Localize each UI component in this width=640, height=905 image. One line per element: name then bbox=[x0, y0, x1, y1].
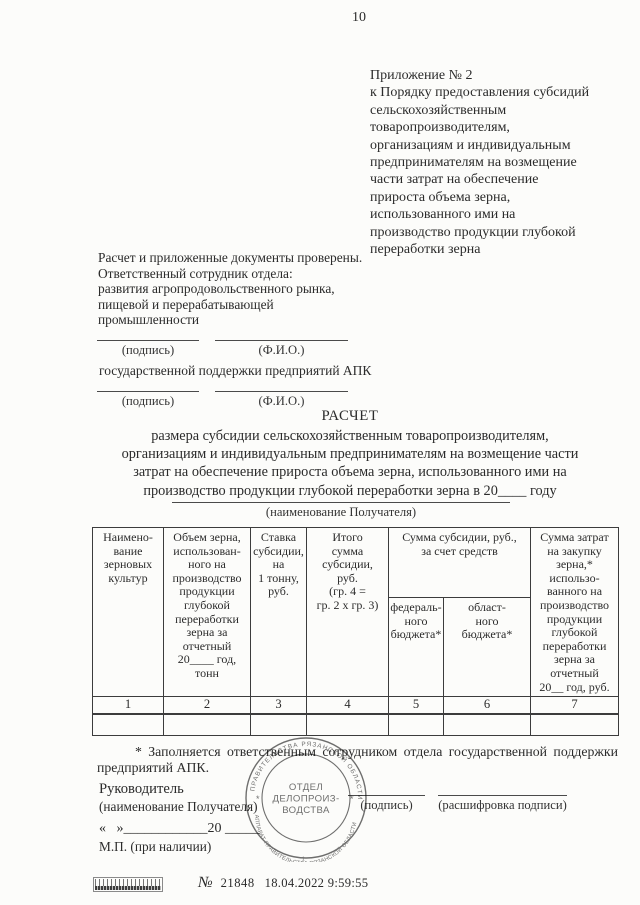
calc-title: РАСЧЕТ bbox=[60, 408, 640, 425]
signature-line-podpis-1 bbox=[97, 340, 199, 341]
director-transcript-label: (расшифровка подписи) bbox=[428, 798, 577, 813]
empty-data-row bbox=[93, 714, 619, 736]
signature-label-podpis-1: (подпись) bbox=[97, 343, 199, 358]
stamp-star-left: * bbox=[256, 794, 260, 804]
svg-text:ДЕЛОПРОИЗ-: ДЕЛОПРОИЗ- bbox=[272, 794, 339, 805]
page-number: 10 bbox=[344, 10, 374, 26]
col-number-2: 2 bbox=[164, 697, 251, 715]
col-header-crop-name: Наимено- вание зерновых культур bbox=[93, 528, 164, 697]
registration-number: 21848 bbox=[221, 876, 255, 890]
office-stamp: ПРАВИТЕЛЬСТВА РЯЗАНСКОЙ ОБЛАСТИ АППАРАТ … bbox=[242, 734, 370, 862]
data-cell-federal bbox=[389, 714, 444, 736]
col-number-5: 5 bbox=[389, 697, 444, 715]
recipient-label: (наименование Получателя) bbox=[172, 505, 510, 520]
subsidy-calculation-table: Наимено- вание зерновых культур Объем зе… bbox=[92, 527, 619, 736]
signature-label-fio-2: (Ф.И.О.) bbox=[215, 394, 348, 409]
registration-datetime: 18.04.2022 9:59:55 bbox=[265, 876, 369, 890]
col-header-subsidy-rate: Ставка субсидии, на 1 тонну, руб. bbox=[251, 528, 307, 697]
stamp-star-right: * bbox=[350, 794, 354, 804]
director-title: Руководитель bbox=[99, 781, 184, 798]
col-number-3: 3 bbox=[251, 697, 307, 715]
department-note: государственной поддержки предприятий АП… bbox=[99, 363, 371, 379]
appendix-reference: Приложение № 2 к Порядку предоставления … bbox=[370, 67, 622, 258]
registration-mark-icon bbox=[93, 877, 163, 892]
scanned-document-page: 10 Приложение № 2 к Порядку предоставлен… bbox=[0, 0, 640, 905]
verification-note: Расчет и приложенные документы проверены… bbox=[98, 250, 398, 328]
registration-mark-row bbox=[95, 879, 161, 886]
signature-line-fio-1 bbox=[215, 340, 348, 341]
calc-subtitle: размера субсидии сельскохозяйственным то… bbox=[60, 427, 640, 500]
number-sign: № bbox=[198, 874, 213, 891]
data-cell-rate bbox=[251, 714, 307, 736]
registration-mark-row bbox=[95, 886, 161, 890]
stamp-center-text: ОТДЕЛ ДЕЛОПРОИЗ- ВОДСТВА bbox=[272, 782, 339, 816]
data-cell-volume bbox=[164, 714, 251, 736]
stamp-bottom-digit: 1 bbox=[301, 856, 304, 862]
col-number-7: 7 bbox=[531, 697, 619, 715]
col-header-purchase-costs: Сумма затрат на закупку зерна,* использо… bbox=[531, 528, 619, 697]
col-number-1: 1 bbox=[93, 697, 164, 715]
data-cell-crop bbox=[93, 714, 164, 736]
col-number-6: 6 bbox=[444, 697, 531, 715]
signature-label-fio-1: (Ф.И.О.) bbox=[215, 343, 348, 358]
col-header-federal-budget: федераль- ного бюджета* bbox=[389, 598, 444, 697]
col-header-subsidy-source-group: Сумма субсидии, руб., за счет средств bbox=[389, 528, 531, 598]
col-header-regional-budget: област- ного бюджета* bbox=[444, 598, 531, 697]
data-cell-regional bbox=[444, 714, 531, 736]
data-cell-costs bbox=[531, 714, 619, 736]
signature-label-podpis-2: (подпись) bbox=[97, 394, 199, 409]
col-header-grain-volume: Объем зерна, использован- ного на произв… bbox=[164, 528, 251, 697]
svg-text:ВОДСТВА: ВОДСТВА bbox=[282, 805, 330, 816]
col-number-4: 4 bbox=[307, 697, 389, 715]
director-subtitle: (наименование Получателя) bbox=[99, 799, 258, 815]
col-header-total-subsidy: Итого сумма субсидии, руб. (гр. 4 = гр. … bbox=[307, 528, 389, 697]
recipient-name-line bbox=[172, 502, 510, 503]
data-cell-total bbox=[307, 714, 389, 736]
svg-text:ОТДЕЛ: ОТДЕЛ bbox=[289, 782, 323, 793]
registration-footer: №2184818.04.2022 9:59:55 bbox=[198, 874, 368, 892]
signature-line-fio-2 bbox=[215, 391, 348, 392]
column-number-row: 1 2 3 4 5 6 7 bbox=[93, 697, 619, 715]
signature-line-podpis-2 bbox=[97, 391, 199, 392]
date-blank-line: « »____________20 _____ bbox=[99, 821, 260, 837]
stamp-place-line: М.П. (при наличии) bbox=[99, 839, 211, 855]
director-transcript-line bbox=[438, 795, 567, 796]
